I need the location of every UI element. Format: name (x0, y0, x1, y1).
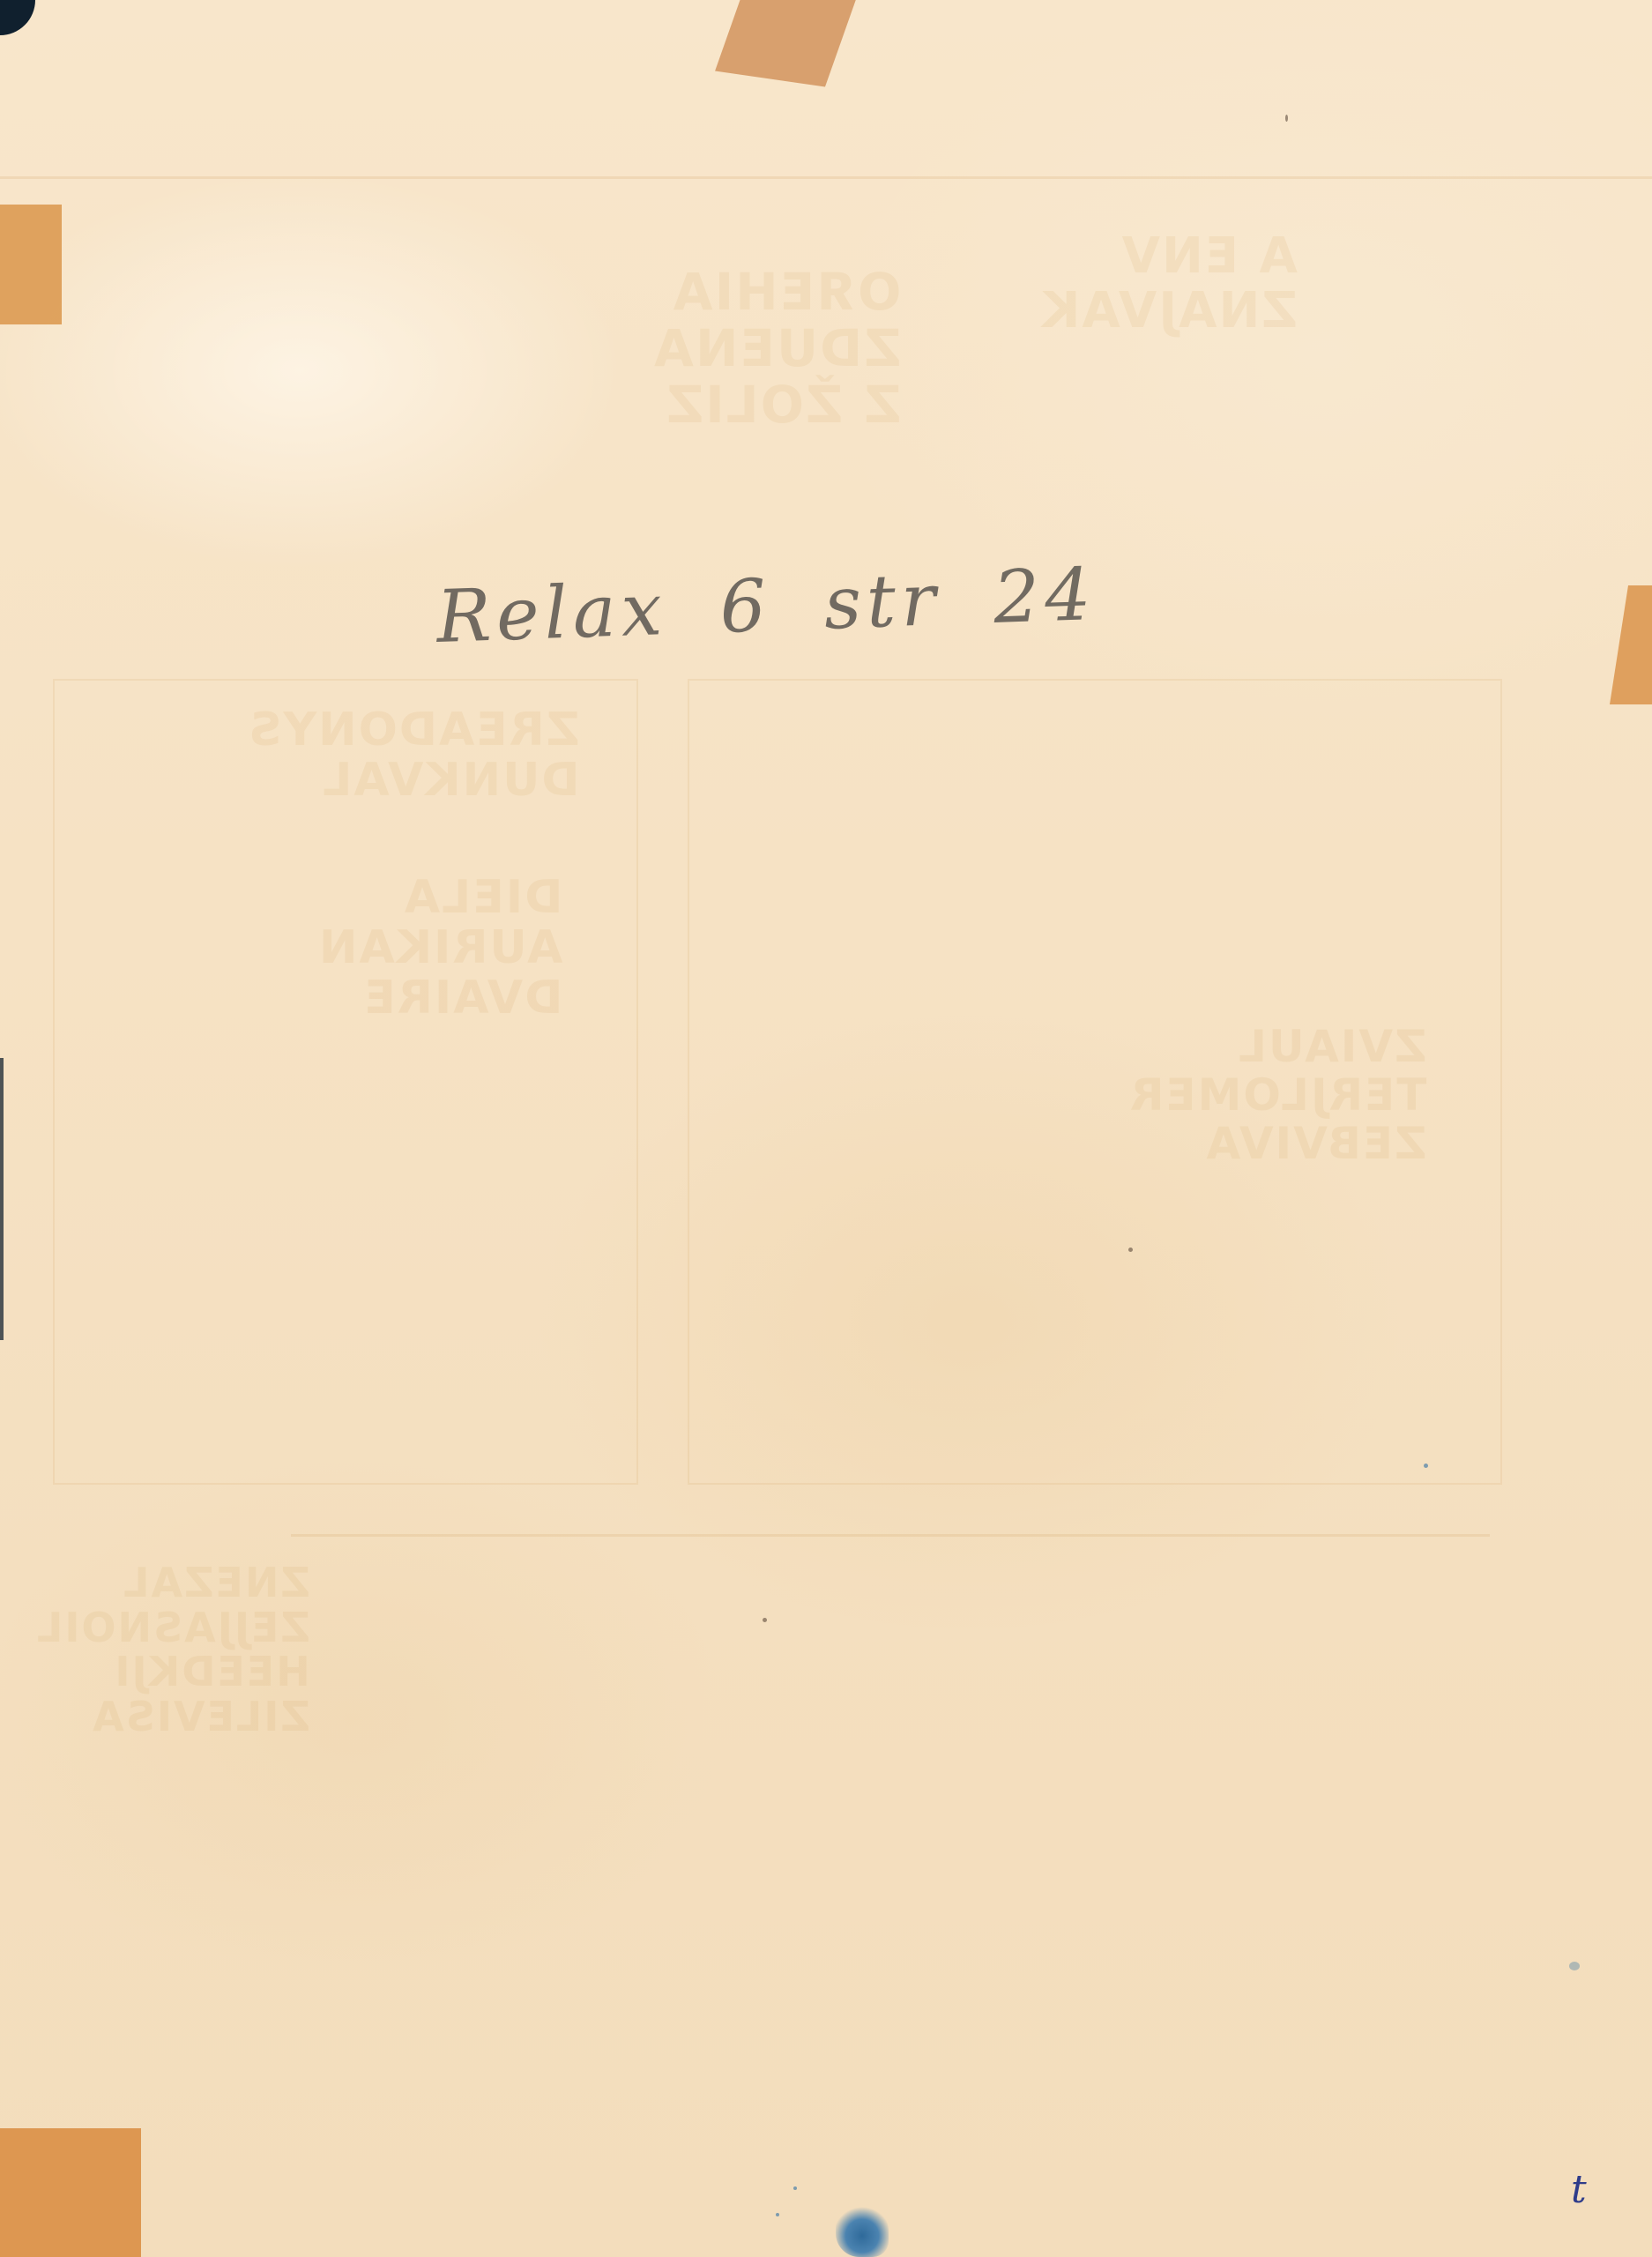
speck (1424, 1464, 1428, 1468)
bleed-through-text: A ENVZNAJVAK (1040, 229, 1298, 338)
corner-ink-mark: t (1571, 2167, 1587, 2212)
speck (763, 1618, 767, 1622)
paper-sheet: OЯEHIAZDUENAZ ŽOLIZ A ENVZNAJVAK ZREADON… (0, 0, 1652, 2257)
bleed-through-text: DIELAAURIKANDVAIRE (317, 873, 562, 1024)
handwritten-note: Relax 6 str 24 (435, 553, 1098, 659)
tape-piece-left (0, 205, 62, 324)
speck (1285, 115, 1288, 122)
speck (776, 2213, 779, 2216)
speck (1128, 1248, 1133, 1252)
bleed-through-text: ZNEZALZEJJASNOILHEEDKJIZILEVISA (35, 1561, 310, 1739)
tape-piece-right (1610, 585, 1652, 704)
tape-piece-top (715, 0, 856, 87)
speck (793, 2186, 797, 2190)
bleed-through-text: ZREADONYSDUNKVAL (247, 705, 580, 806)
speck (1569, 1962, 1580, 1970)
dark-edge-shadow (0, 1058, 4, 1340)
tape-piece-bottom-left (0, 2128, 141, 2257)
bleed-through-rule (0, 176, 1652, 179)
dark-corner-shadow (0, 0, 35, 35)
bleed-through-text: OЯEHIAZDUENAZ ŽOLIZ (652, 264, 901, 433)
bleed-through-rule (291, 1534, 1490, 1537)
ink-blot-stain (836, 2204, 889, 2257)
bleed-through-text: ZVIAULTERJLOMERZEBVIVA (1128, 1023, 1426, 1168)
